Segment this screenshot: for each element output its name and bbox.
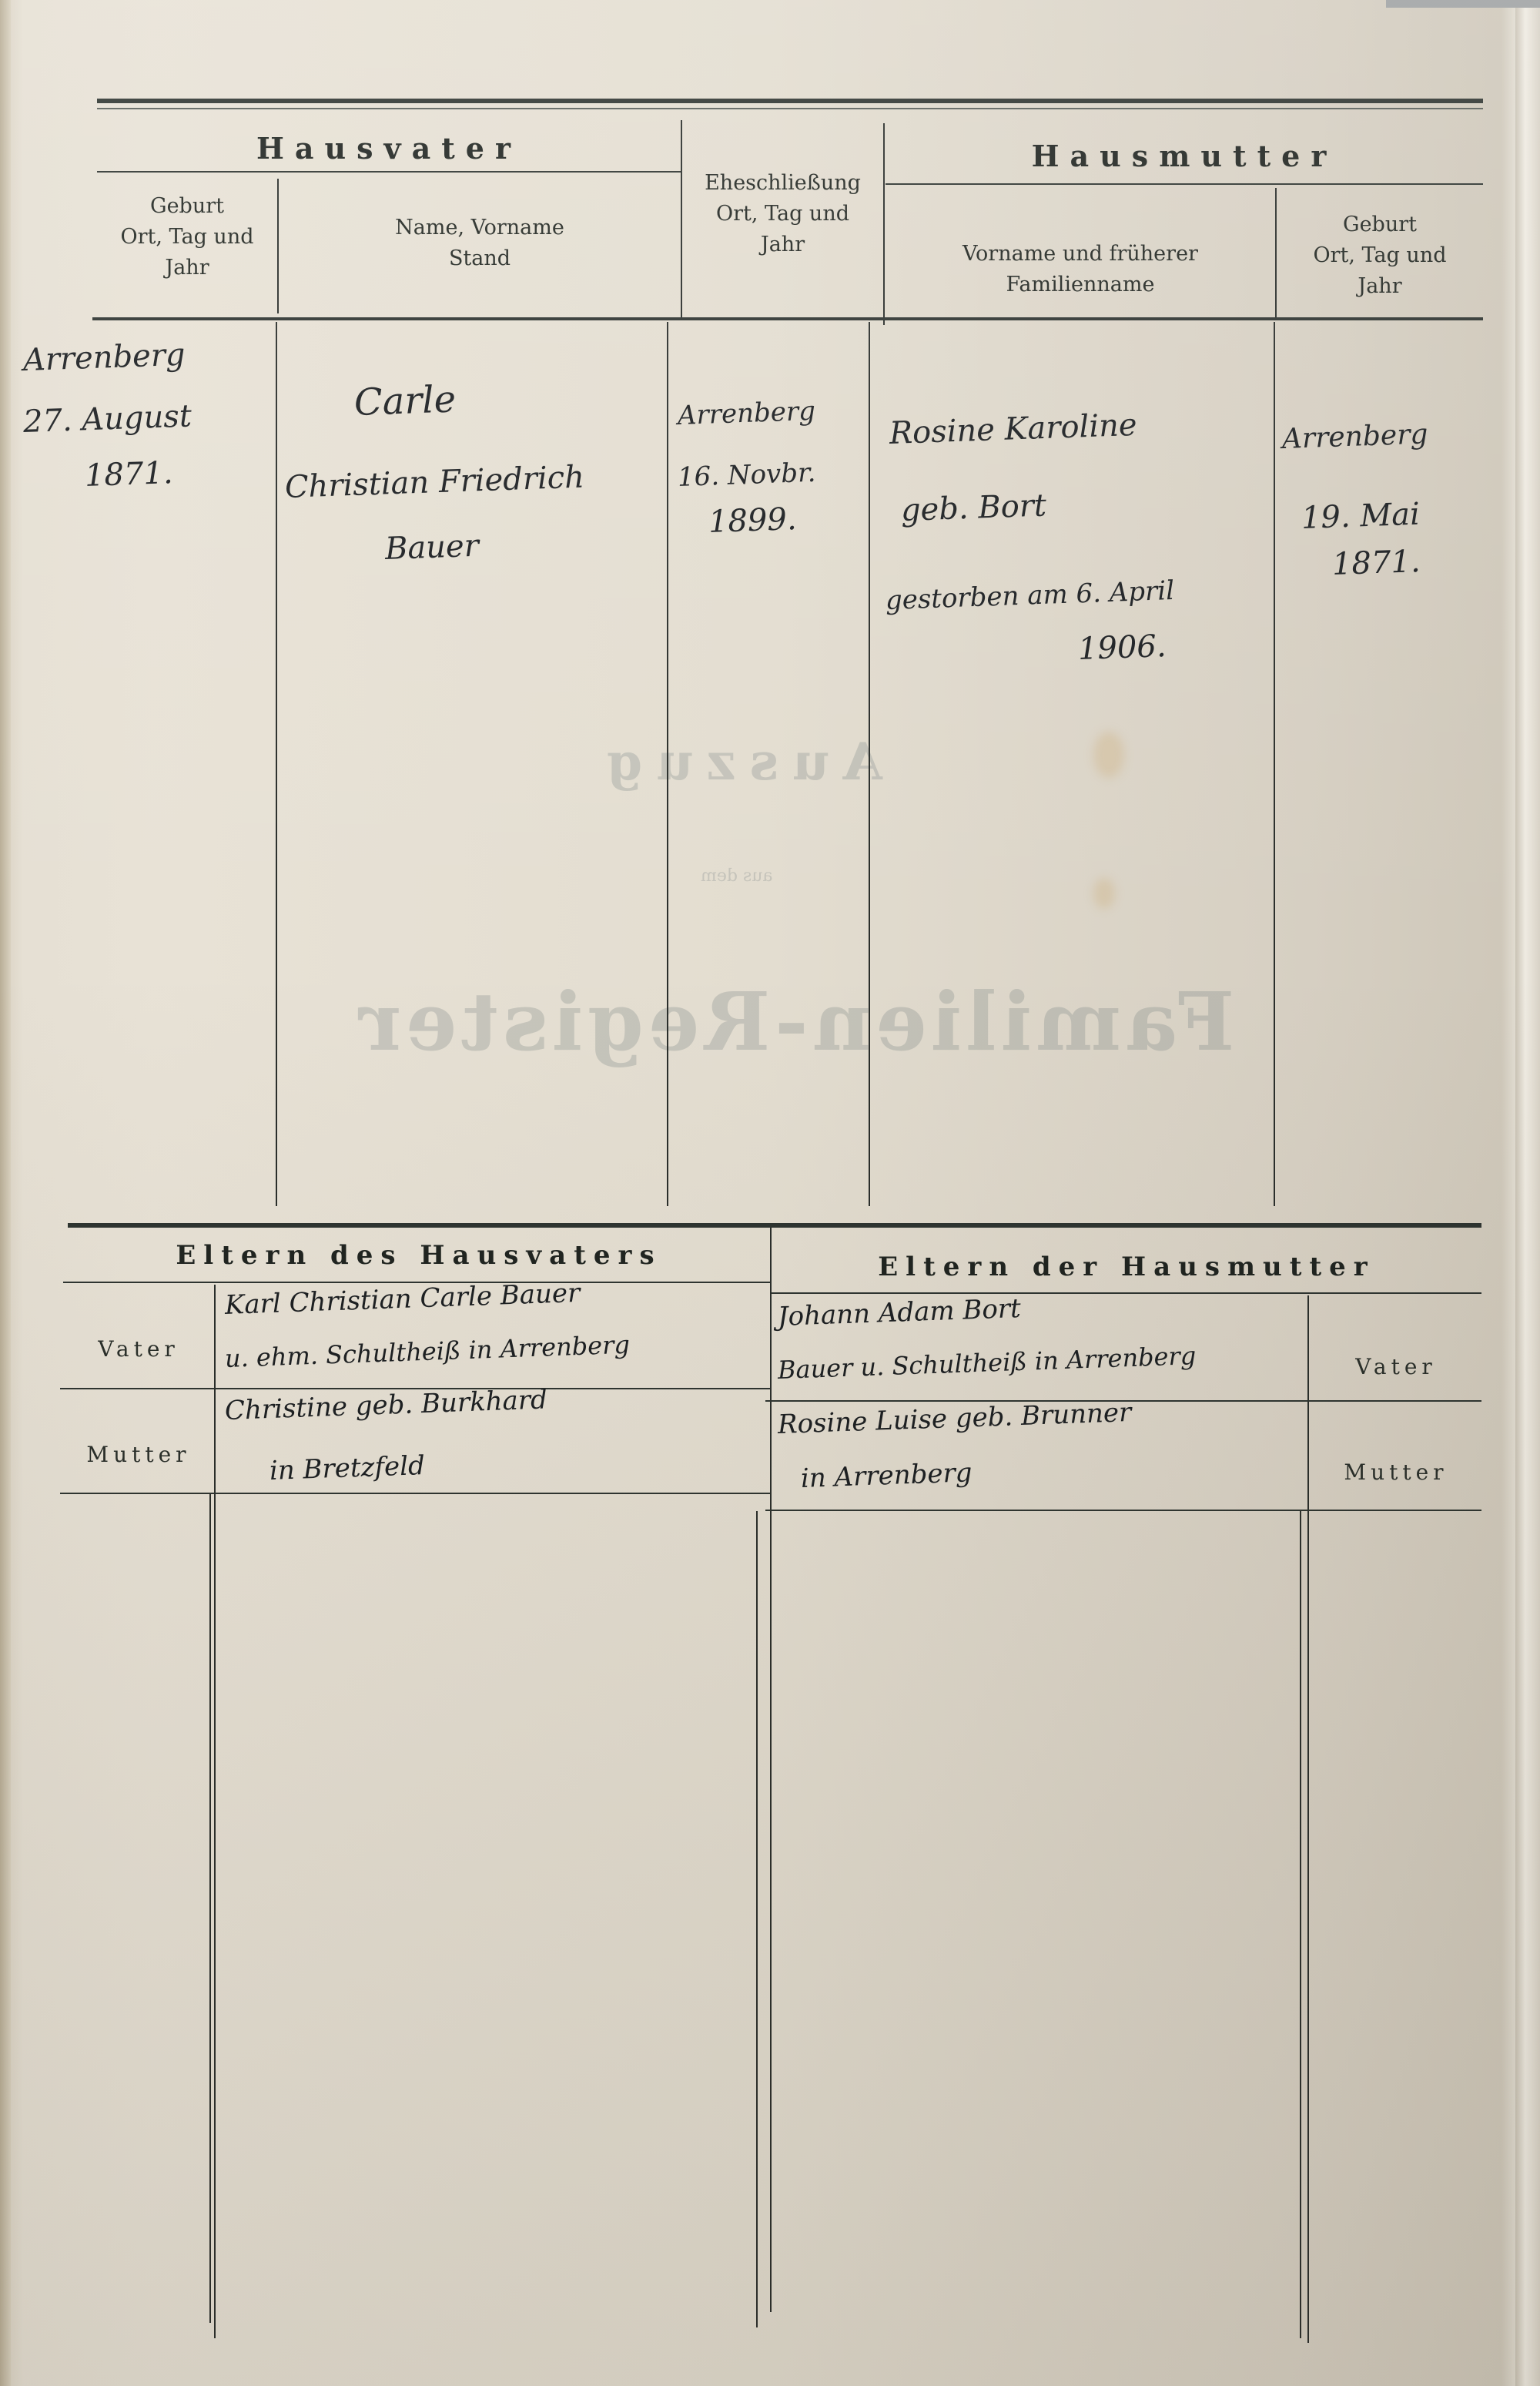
father-parents-vater-label: Vater (63, 1336, 214, 1362)
mother-parents-vater-line1: Johann Adam Bort (777, 1293, 1021, 1332)
parents-top-rule (68, 1223, 1481, 1228)
page-top-corner (1386, 0, 1540, 8)
mother-birth-date: 19. Mai (1301, 497, 1420, 536)
father-surname: Carle (353, 377, 457, 424)
hausvater-sub-rule (97, 171, 681, 173)
father-parents-vater-line1: Karl Christian Carle Bauer (224, 1278, 581, 1321)
bleed-through-register: Familien-Register (354, 974, 1234, 1069)
mother-death-year: 1906. (1077, 628, 1167, 667)
father-birth-date: 27. August (22, 398, 192, 440)
mother-parents-title: Eltern der Hausmutter (772, 1252, 1481, 1282)
column-line-2 (667, 322, 668, 1206)
hausmutter-sub-rule (885, 183, 1483, 185)
header-bottom-rule (92, 317, 1483, 320)
hausmutter-title: Hausmutter (885, 139, 1483, 173)
mother-birth-place: Arrenberg (1281, 418, 1428, 455)
father-birth-year: 1871. (84, 455, 173, 494)
lower-column-line-3 (1300, 1511, 1301, 2338)
parents-center-divider (770, 1228, 772, 2312)
father-parents-mutter-line1: Christine geb. Burkhard (224, 1384, 547, 1426)
mother-parents-label-divider (1307, 1295, 1309, 2343)
paper-stain (1093, 732, 1124, 778)
father-parents-vater-line2: u. ehm. Schultheiß in Arrenberg (224, 1330, 630, 1373)
hausvater-birth-header: Geburt Ort, Tag und Jahr (97, 191, 277, 283)
column-line-3 (869, 322, 870, 1206)
marriage-date: 16. Novbr. (677, 457, 816, 493)
father-parents-title: Eltern des Hausvaters (68, 1240, 770, 1271)
marriage-year: 1899. (708, 501, 797, 540)
page-left-edge (0, 0, 11, 2386)
marriage-header: Eheschließung Ort, Tag und Jahr (682, 168, 883, 260)
mother-parents-vater-label: Vater (1309, 1354, 1483, 1379)
table-top-rule-thin (97, 108, 1483, 109)
mother-parents-mutter-line1: Rosine Luise geb. Brunner (777, 1397, 1132, 1440)
father-occupation: Bauer (384, 528, 479, 567)
marriage-place: Arrenberg (677, 396, 815, 431)
mother-parents-bottom-rule (765, 1510, 1481, 1511)
bleed-through-subtitle: aus dem (701, 866, 773, 886)
mother-parents-sub-rule (772, 1292, 1481, 1294)
mother-death-note: gestorben am 6. April (885, 575, 1174, 616)
paper-stain (1093, 878, 1115, 909)
divider-marriage-hausmutter (883, 123, 885, 325)
column-line-4 (1274, 322, 1275, 1206)
father-parents-label-divider (214, 1285, 216, 2338)
column-line-1 (276, 322, 277, 1206)
hausmutter-birth-header: Geburt Ort, Tag und Jahr (1277, 209, 1483, 302)
bleed-through-title: Auszug (593, 732, 882, 792)
page-right-fold (1515, 0, 1540, 2386)
table-top-rule (97, 99, 1483, 103)
lower-column-line-2 (756, 1511, 758, 2327)
mother-birth-year: 1871. (1331, 544, 1421, 582)
father-parents-bottom-rule (60, 1493, 770, 1494)
father-parents-mutter-line2: in Bretzfeld (269, 1450, 425, 1486)
mother-maiden-name: geb. Bort (900, 488, 1046, 528)
mother-parents-mutter-line2: in Arrenberg (800, 1457, 973, 1494)
mother-parents-vater-line2: Bauer u. Schultheiß in Arrenberg (777, 1341, 1197, 1385)
hausvater-title: Hausvater (97, 131, 681, 166)
father-parents-mutter-label: Mutter (63, 1442, 214, 1467)
mother-parents-mutter-label: Mutter (1309, 1459, 1483, 1485)
hausmutter-name-header: Vorname und früherer Familienname (885, 239, 1275, 300)
father-birth-place: Arrenberg (22, 337, 186, 378)
father-given-names: Christian Friedrich (284, 459, 584, 505)
mother-given-names: Rosine Karoline (889, 407, 1137, 451)
hausvater-name-header: Name, Vorname Stand (279, 213, 681, 274)
lower-column-line-1 (209, 1494, 211, 2323)
